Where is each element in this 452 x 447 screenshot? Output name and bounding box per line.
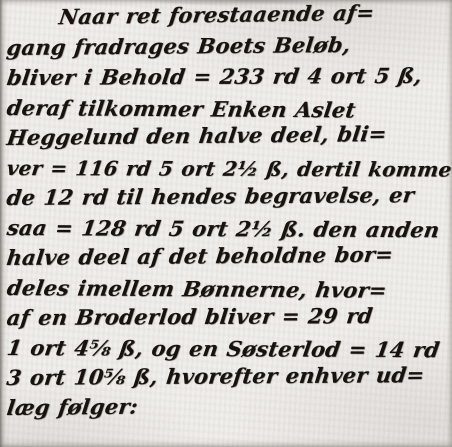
manuscript-line-14: læg følger: — [5, 388, 452, 423]
manuscript-line-11: af en Broderlod bliver = 29 rd — [5, 301, 452, 333]
manuscript-line-7: de 12 rd til hendes begravelse, er — [5, 180, 452, 213]
manuscript-page: Naar ret forestaaende af= gang fradrages… — [0, 0, 452, 447]
manuscript-line-1: Naar ret forestaaende af= — [5, 0, 452, 33]
manuscript-line-2: gang fradrages Boets Beløb, — [5, 29, 452, 63]
manuscript-line-3: bliver i Behold = 233 rd 4 ort 5 ß, — [5, 61, 452, 93]
manuscript-line-13: 3 ort 10⅝ ß, hvorefter enhver ud= — [5, 360, 452, 393]
handwritten-text-block: Naar ret forestaaende af= gang fradrages… — [0, 3, 452, 423]
manuscript-line-9: halve deel af det beholdne bor= — [5, 239, 452, 273]
manuscript-line-5: Heggelund den halve deel, bli= — [5, 118, 452, 153]
